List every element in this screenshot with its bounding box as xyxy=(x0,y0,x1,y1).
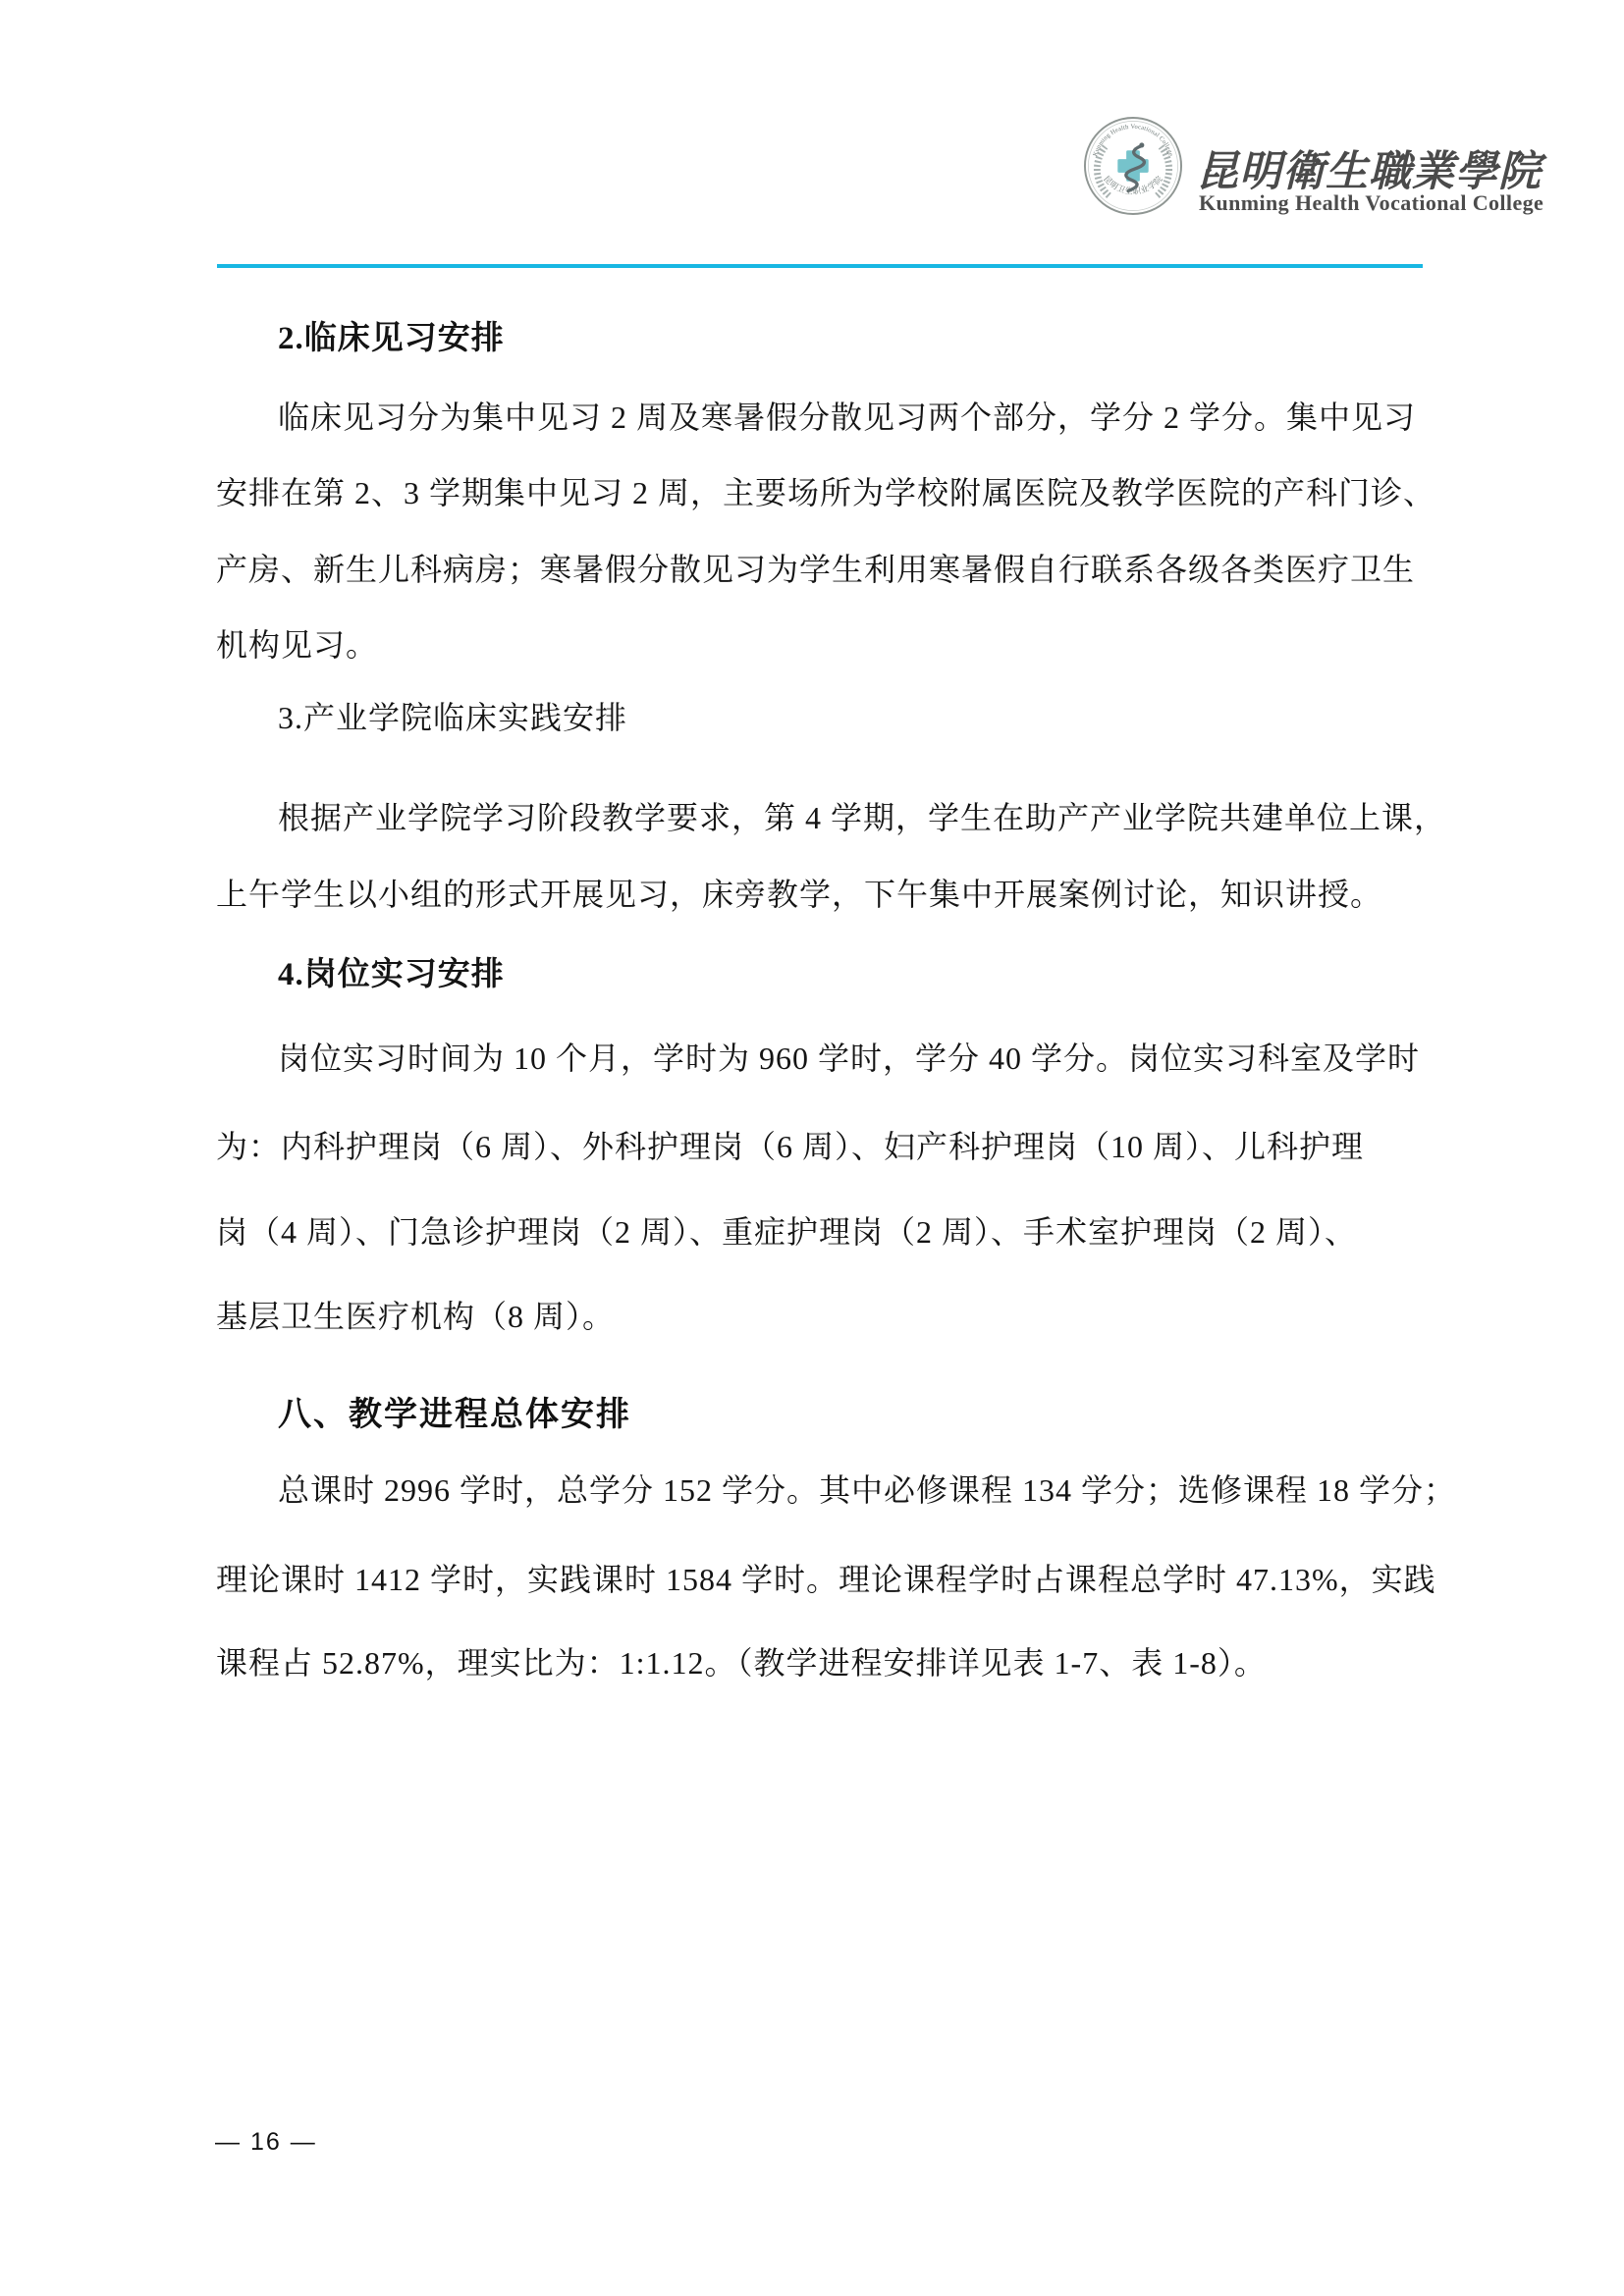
section-heading: 3.产业学院临床实践安排 xyxy=(278,693,627,738)
dragon-head xyxy=(1139,142,1144,147)
paragraph-line: 总课时 2996 学时，总学分 152 学分。其中必修课程 134 学分；选修课… xyxy=(278,1466,1456,1511)
college-seal-logo: Kunming Health Vocational College 昆明卫生职业… xyxy=(1083,116,1183,216)
paragraph-line: 岗（4 周）、门急诊护理岗（2 周）、重症护理岗（2 周）、手术室护理岗（2 周… xyxy=(216,1207,1357,1253)
paragraph-line: 岗位实习时间为 10 个月，学时为 960 学时，学分 40 学分。岗位实习科室… xyxy=(278,1034,1420,1079)
paragraph-line: 课程占 52.87%，理实比为：1:1.12。（教学进程安排详见表 1-7、表 … xyxy=(216,1638,1267,1683)
paragraph-line: 上午学生以小组的形式开展见习，床旁教学，下午集中开展案例讨论，知识讲授。 xyxy=(216,870,1382,915)
section-heading: 八、教学进程总体安排 xyxy=(278,1387,631,1435)
document-page: Kunming Health Vocational College 昆明卫生职业… xyxy=(0,0,1624,2296)
paragraph-line: 根据产业学院学习阶段教学要求，第 4 学期，学生在助产产业学院共建单位上课， xyxy=(278,793,1446,838)
paragraph-line: 基层卫生医疗机构（8 周）。 xyxy=(216,1292,615,1337)
college-name-english: Kunming Health Vocational College xyxy=(1199,190,1538,216)
college-name-calligraphy: 昆明衛生職業學院 xyxy=(1196,138,1535,191)
section-heading: 2.临床见习安排 xyxy=(278,312,505,358)
paragraph-line: 机构见习。 xyxy=(216,620,378,666)
paragraph-line: 理论课时 1412 学时，实践课时 1584 学时。理论课程学时占课程总学时 4… xyxy=(216,1555,1436,1600)
paragraph-line: 为：内科护理岗（6 周）、外科护理岗（6 周）、妇产科护理岗（10 周）、儿科护… xyxy=(216,1122,1364,1167)
header-divider-rule xyxy=(217,264,1423,268)
paragraph-line: 安排在第 2、3 学期集中见习 2 周，主要场所为学校附属医院及教学医院的产科门… xyxy=(216,468,1435,513)
paragraph-line: 产房、新生儿科病房；寒暑假分散见习为学生利用寒暑假自行联系各级各类医疗卫生 xyxy=(216,545,1415,590)
page-number: — 16 — xyxy=(215,2128,317,2157)
section-heading: 4.岗位实习安排 xyxy=(278,948,505,994)
paragraph-line: 临床见习分为集中见习 2 周及寒暑假分散见习两个部分，学分 2 学分。集中见习 xyxy=(278,393,1416,438)
header-divider xyxy=(217,264,1423,268)
